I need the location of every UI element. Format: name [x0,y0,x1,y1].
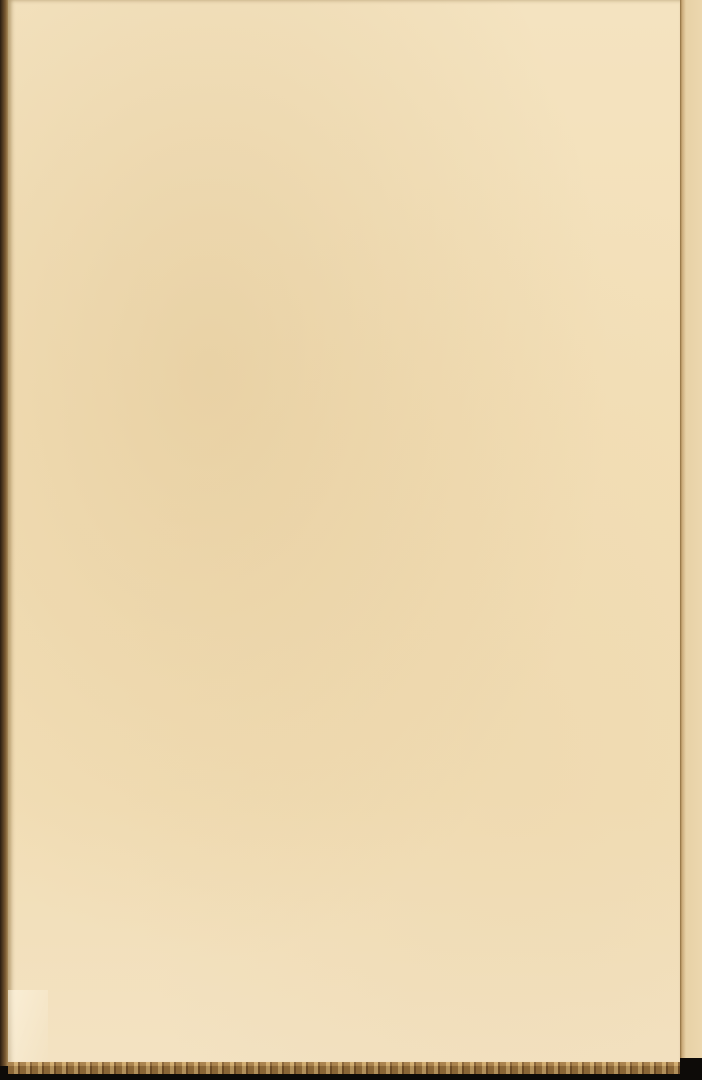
page-corner-fold [8,990,48,1066]
page-bottom-edge [8,1062,680,1074]
ledger-page [8,0,680,1066]
facing-page-edge [680,0,702,1058]
